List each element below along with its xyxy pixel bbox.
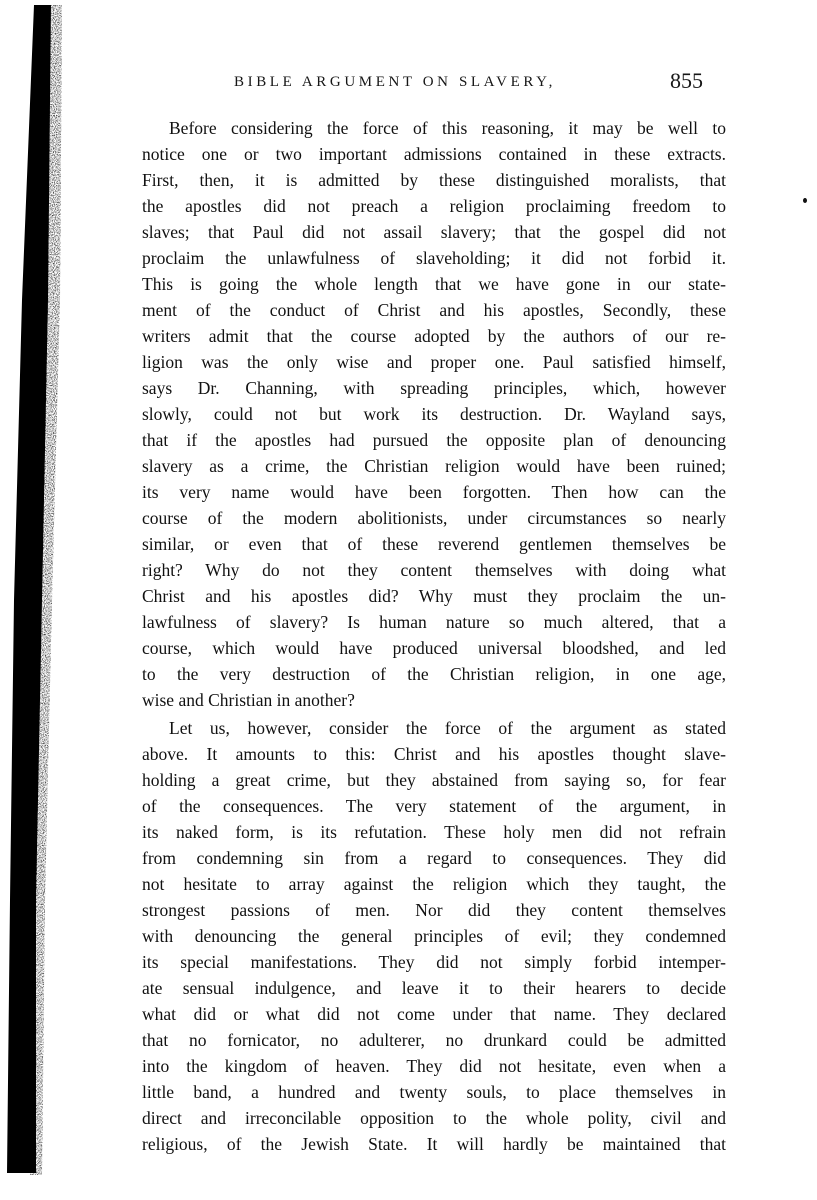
paragraph-1: Before considering the force of this rea… (142, 115, 726, 713)
text-line: Let us, however, consider the force of t… (142, 715, 726, 741)
text-line: with denouncing the general principles o… (142, 923, 726, 949)
text-line: This is going the whole length that we h… (142, 271, 726, 297)
text-line: course, which would have produced univer… (142, 635, 726, 661)
text-line: ment of the conduct of Christ and his ap… (142, 297, 726, 323)
text-line: its very name would have been forgotten.… (142, 479, 726, 505)
text-line: says Dr. Channing, with spreading princi… (142, 375, 726, 401)
text-line: writers admit that the course adopted by… (142, 323, 726, 349)
text-line: ligion was the only wise and proper one.… (142, 349, 726, 375)
text-line: similar, or even that of these reverend … (142, 531, 726, 557)
text-line: ate sensual indulgence, and leave it to … (142, 975, 726, 1001)
paragraph-2: Let us, however, consider the force of t… (142, 715, 726, 1157)
text-line: right? Why do not they content themselve… (142, 557, 726, 583)
text-line: Christ and his apostles did? Why must th… (142, 583, 726, 609)
text-line: into the kingdom of heaven. They did not… (142, 1053, 726, 1079)
text-line: strongest passions of men. Nor did they … (142, 897, 726, 923)
text-line: above. It amounts to this: Christ and hi… (142, 741, 726, 767)
text-line: First, then, it is admitted by these dis… (142, 167, 726, 193)
text-line: of the consequences. The very statement … (142, 793, 726, 819)
text-line: not hesitate to array against the religi… (142, 871, 726, 897)
text-line: proclaim the unlawfulness of slaveholdin… (142, 245, 726, 271)
text-line: little band, a hundred and twenty souls,… (142, 1079, 726, 1105)
text-line: what did or what did not come under that… (142, 1001, 726, 1027)
text-line: course of the modern abolitionists, unde… (142, 505, 726, 531)
text-line: its special manifestations. They did not… (142, 949, 726, 975)
body-text: Before considering the force of this rea… (142, 115, 726, 1157)
running-head: BIBLE ARGUMENT ON SLAVERY, (234, 74, 556, 91)
text-line: religious, of the Jewish State. It will … (142, 1131, 726, 1157)
text-line: the apostles did not preach a religion p… (142, 193, 726, 219)
text-line: that no fornicator, no adulterer, no dru… (142, 1027, 726, 1053)
text-line: slowly, could not but work its destructi… (142, 401, 726, 427)
text-line: slavery as a crime, the Christian religi… (142, 453, 726, 479)
text-line: notice one or two important admissions c… (142, 141, 726, 167)
text-line: from condemning sin from a regard to con… (142, 845, 726, 871)
binding-edge-shadow (0, 0, 70, 1200)
text-line: slaves; that Paul did not assail slavery… (142, 219, 726, 245)
page-number: 855 (670, 68, 703, 94)
stray-ink-mark (803, 198, 807, 203)
text-line: wise and Christian in another? (142, 687, 726, 713)
text-line: to the very destruction of the Christian… (142, 661, 726, 687)
text-line: its naked form, is its refutation. These… (142, 819, 726, 845)
text-line: lawfulness of slavery? Is human nature s… (142, 609, 726, 635)
text-line: Before considering the force of this rea… (142, 115, 726, 141)
text-line: direct and irreconcilable opposition to … (142, 1105, 726, 1131)
text-line: holding a great crime, but they abstaine… (142, 767, 726, 793)
text-line: that if the apostles had pursued the opp… (142, 427, 726, 453)
